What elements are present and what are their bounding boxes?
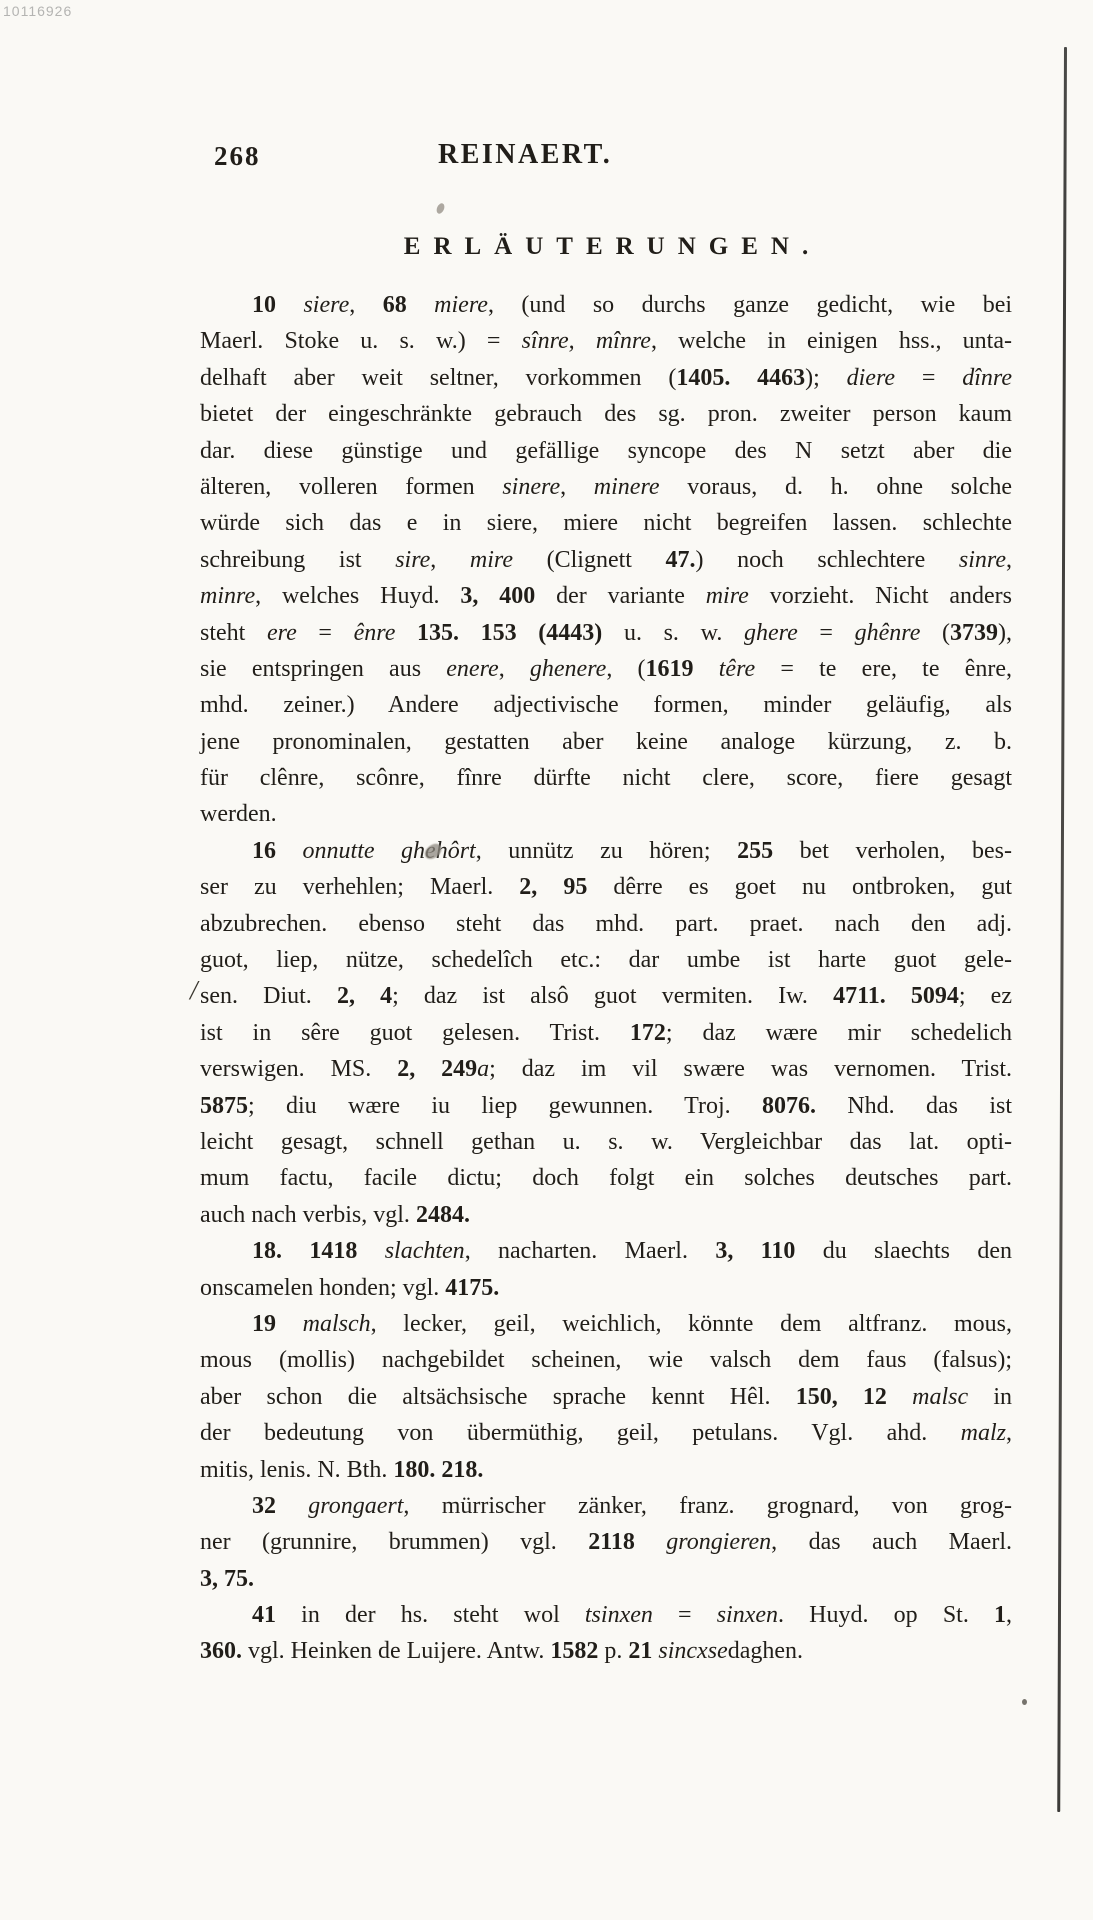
- text-run: ser zu verhehlen; Maerl.: [200, 874, 519, 900]
- reference-number: 135. 153 (4443): [417, 620, 602, 646]
- text-run: , nacharten. Maerl.: [465, 1238, 716, 1264]
- reference-number: 2, 95: [519, 874, 587, 900]
- text-line: verswigen. MS. 2, 249a; daz im vil swære…: [200, 1051, 1012, 1087]
- text-run: (Clignett: [513, 547, 666, 573]
- cited-word: malz: [961, 1420, 1006, 1446]
- cited-word: sînre, mînre: [522, 328, 651, 354]
- reference-number: 3, 75.: [200, 1566, 254, 1592]
- text-run: onscamelen honden; vgl.: [200, 1275, 445, 1301]
- text-line: schreibung ist sire, mire (Clignett 47.)…: [200, 542, 1012, 578]
- text-run: daghen.: [728, 1638, 803, 1664]
- reference-number: 2484.: [416, 1202, 470, 1228]
- text-run: , mürrischer zänker, franz. grognard, vo…: [403, 1493, 1012, 1519]
- reference-number: 2, 4: [337, 983, 392, 1009]
- text-run: mum factu, facile dictu; doch folgt ein …: [200, 1165, 1012, 1191]
- text-run: , das auch Maerl.: [771, 1529, 1012, 1555]
- reference-number: 150, 12: [796, 1384, 912, 1410]
- reference-number: 16: [252, 838, 303, 864]
- margin-mark: /: [190, 975, 198, 1006]
- text-run: [694, 656, 719, 682]
- reference-number: 4711. 5094: [833, 983, 959, 1009]
- reference-number: 47.: [666, 547, 696, 573]
- text-run: ),: [998, 620, 1012, 646]
- cited-word: ghenere: [530, 656, 606, 682]
- reference-number: 255: [737, 838, 773, 864]
- text-run: bet verholen, bes-: [773, 838, 1012, 864]
- reference-number: 172: [630, 1020, 666, 1046]
- cited-word: ghênre: [855, 620, 921, 646]
- text-line: ser zu verhehlen; Maerl. 2, 95 dêrre es …: [200, 869, 1012, 905]
- text-run: =: [798, 620, 855, 646]
- text-run: abzubrechen. ebenso steht das mhd. part.…: [200, 911, 1012, 937]
- text-run: (: [920, 620, 950, 646]
- text-run: in: [968, 1384, 1012, 1410]
- cited-word: mire: [470, 547, 513, 573]
- page-number: 268: [214, 141, 261, 172]
- text-line: 18. 1418 slachten, nacharten. Maerl. 3, …: [200, 1233, 1012, 1269]
- text-run: dêrre es goet nu ontbroken, gut: [587, 874, 1012, 900]
- reference-number: 3, 110: [715, 1238, 795, 1264]
- text-run: ; daz ist alsô guot vermiten. Iw.: [392, 983, 833, 1009]
- reference-number: 5875: [200, 1093, 248, 1119]
- text-line: mum factu, facile dictu; doch folgt ein …: [200, 1160, 1012, 1196]
- cited-word: grongieren: [666, 1529, 771, 1555]
- text-line: 19 malsch, lecker, geil, weichlich, könn…: [200, 1306, 1012, 1342]
- cited-word: miere: [434, 292, 488, 318]
- text-run: steht: [200, 620, 267, 646]
- cited-word: siere: [303, 292, 349, 318]
- cited-word: malsch: [303, 1311, 371, 1337]
- text-run: vorzieht. Nicht anders: [749, 583, 1012, 609]
- text-run: , lecker, geil, weichlich, könnte dem al…: [371, 1311, 1012, 1337]
- text-run: der variante: [535, 583, 706, 609]
- text-line: 3, 75.: [200, 1561, 1012, 1597]
- text-run: , (: [606, 656, 645, 682]
- text-run: ; ez: [959, 983, 1012, 1009]
- cited-word: têre: [719, 656, 755, 682]
- text-run: = te ere, te ênre,: [755, 656, 1012, 682]
- paragraph: 19 malsch, lecker, geil, weichlich, könn…: [200, 1306, 1012, 1488]
- text-line: delhaft aber weit seltner, vorkommen (14…: [200, 360, 1012, 396]
- text-line: würde sich das e in siere, miere nicht b…: [200, 505, 1012, 541]
- text-line: bietet der eingeschränkte gebrauch des s…: [200, 396, 1012, 432]
- text-run: dar. diese günstige und gefällige syncop…: [200, 438, 1012, 464]
- text-run: Maerl. Stoke u. s. w.) =: [200, 328, 522, 354]
- reference-number: 68: [383, 292, 434, 318]
- cited-word: a: [477, 1056, 489, 1082]
- paragraph: 10 siere, 68 miere, (und so durchs ganze…: [200, 287, 1012, 833]
- reference-number: 3739: [950, 620, 998, 646]
- text-run: ) noch schlechtere: [696, 547, 959, 573]
- paragraph: 41 in der hs. steht wol tsinxen = sinxen…: [200, 1597, 1012, 1670]
- text-run: =: [895, 365, 962, 391]
- reference-number: 19: [252, 1311, 303, 1337]
- text-line: 16 onnutte ghehôrt, unnütz zu hören; 255…: [200, 833, 1012, 869]
- text-line: 32 grongaert, mürrischer zänker, franz. …: [200, 1488, 1012, 1524]
- reference-number: 32: [252, 1493, 308, 1519]
- text-run: verswigen. MS.: [200, 1056, 397, 1082]
- text-line: dar. diese günstige und gefällige syncop…: [200, 433, 1012, 469]
- text-run: Nhd. das ist: [816, 1093, 1012, 1119]
- section-heading: ERLÄUTERUNGEN.: [200, 233, 1012, 261]
- text-line: 360. vgl. Heinken de Luijere. Antw. 1582…: [200, 1633, 1012, 1669]
- cited-word: sinxen: [717, 1602, 778, 1628]
- text-run: , unnütz zu hören;: [476, 838, 737, 864]
- text-run: delhaft aber weit seltner, vorkommen (: [200, 365, 676, 391]
- text-run: ; daz wære mir schedelich: [666, 1020, 1012, 1046]
- text-line: aber schon die altsächsische sprache ken…: [200, 1379, 1012, 1415]
- text-run: ,: [430, 547, 470, 573]
- scan-watermark: 10116926: [3, 3, 72, 19]
- cited-word: ghere: [744, 620, 798, 646]
- cited-word: onnutte ghehôrt: [303, 838, 476, 864]
- cited-word: grongaert: [308, 1493, 403, 1519]
- text-run: ist in sêre guot gelesen. Trist.: [200, 1020, 630, 1046]
- text-run: voraus, d. h. ohne solche: [660, 474, 1012, 500]
- text-line: mitis, lenis. N. Bth. 180. 218.: [200, 1452, 1012, 1488]
- text-line: der bedeutung von übermüthig, geil, petu…: [200, 1415, 1012, 1451]
- cited-word: enere: [446, 656, 498, 682]
- paragraph: 18. 1418 slachten, nacharten. Maerl. 3, …: [200, 1233, 1012, 1306]
- text-run: u. s. w.: [602, 620, 744, 646]
- text-run: mous (mollis) nachgebildet scheinen, wie…: [200, 1347, 1012, 1373]
- cited-word: ere: [267, 620, 297, 646]
- text-run: leicht gesagt, schnell gethan u. s. w. V…: [200, 1129, 1012, 1155]
- cited-word: sinere: [502, 474, 560, 500]
- text-run: würde sich das e in siere, miere nicht b…: [200, 510, 1012, 536]
- cited-word: sincxse: [658, 1638, 727, 1664]
- reference-number: 180. 218.: [393, 1457, 483, 1483]
- text-run: für clênre, scônre, fînre dürfte nicht c…: [200, 765, 1012, 791]
- cited-word: minre: [200, 583, 255, 609]
- cited-word: sinre: [959, 547, 1006, 573]
- text-line: steht ere = ênre 135. 153 (4443) u. s. w…: [200, 615, 1012, 651]
- text-line: abzubrechen. ebenso steht das mhd. part.…: [200, 906, 1012, 942]
- page-edge-line: [1057, 47, 1067, 1812]
- cited-word: diere: [847, 365, 895, 391]
- text-run: ,: [1006, 1420, 1012, 1446]
- page-header: 268 REINAERT.: [200, 139, 1012, 177]
- reference-number: 41: [252, 1602, 276, 1628]
- text-run: werden.: [200, 801, 277, 827]
- cited-word: minere: [594, 474, 660, 500]
- text-line: auch nach verbis, vgl. 2484.: [200, 1197, 1012, 1233]
- text-run: bietet der eingeschränkte gebrauch des s…: [200, 401, 1012, 427]
- reference-number: 1619: [646, 656, 694, 682]
- text-run: ; daz im vil swære was vernomen. Trist.: [489, 1056, 1012, 1082]
- text-run: mitis, lenis. N. Bth.: [200, 1457, 393, 1483]
- text-run: mhd. zeiner.) Andere adjectivische forme…: [200, 692, 1012, 718]
- text-line: sie entspringen aus enere, ghenere, (161…: [200, 651, 1012, 687]
- text-run: aber schon die altsächsische sprache ken…: [200, 1384, 796, 1410]
- cited-word: dînre: [962, 365, 1012, 391]
- text-run: in der hs. steht wol: [276, 1602, 585, 1628]
- text-run: . Huyd. op St.: [778, 1602, 994, 1628]
- text-run: der bedeutung von übermüthig, geil, petu…: [200, 1420, 961, 1446]
- text-run: sie entspringen aus: [200, 656, 446, 682]
- text-line: älteren, volleren formen sinere, minere …: [200, 469, 1012, 505]
- text-line: leicht gesagt, schnell gethan u. s. w. V…: [200, 1124, 1012, 1160]
- scanned-book-page: 10116926 268 REINAERT. ERLÄUTERUNGEN. 10…: [0, 0, 1093, 1920]
- reference-number: 4175.: [445, 1275, 499, 1301]
- text-run: vgl. Heinken de Luijere. Antw.: [242, 1638, 550, 1664]
- cited-word: ênre: [354, 620, 396, 646]
- cited-word: tsinxen: [585, 1602, 653, 1628]
- reference-number: 2, 249: [397, 1056, 477, 1082]
- text-run: ,: [349, 292, 382, 318]
- text-run: , welches Huyd.: [255, 583, 460, 609]
- text-run: ner (grunnire, brummen) vgl.: [200, 1529, 588, 1555]
- paragraph: 16 onnutte ghehôrt, unnütz zu hören; 255…: [200, 833, 1012, 1233]
- cited-word: sire: [395, 547, 430, 573]
- reference-number: 3, 400: [460, 583, 535, 609]
- text-run: , (und so durchs ganze gedicht, wie bei: [488, 292, 1012, 318]
- text-run: [395, 620, 417, 646]
- text-run: ,: [1006, 1602, 1012, 1628]
- text-line: für clênre, scônre, fînre dürfte nicht c…: [200, 760, 1012, 796]
- text-run: ,: [1006, 547, 1012, 573]
- text-line: 41 in der hs. steht wol tsinxen = sinxen…: [200, 1597, 1012, 1633]
- text-run: du slaechts den: [795, 1238, 1012, 1264]
- text-line: onscamelen honden; vgl. 4175.: [200, 1270, 1012, 1306]
- ink-speck: [435, 202, 446, 215]
- text-run: =: [653, 1602, 717, 1628]
- text-run: , welche in einigen hss., unta-: [651, 328, 1012, 354]
- text-line: mous (mollis) nachgebildet scheinen, wie…: [200, 1342, 1012, 1378]
- reference-number: 1405. 4463: [676, 365, 805, 391]
- text-run: ; diu wære iu liep gewunnen. Troj.: [248, 1093, 762, 1119]
- text-line: werden.: [200, 796, 1012, 832]
- cited-word: slachten: [385, 1238, 465, 1264]
- reference-number: 2118: [588, 1529, 666, 1555]
- text-line: ist in sêre guot gelesen. Trist. 172; da…: [200, 1015, 1012, 1051]
- cited-word: mire: [706, 583, 749, 609]
- text-run: guot, liep, nütze, schedelîch etc.: dar …: [200, 947, 1012, 973]
- text-run: =: [297, 620, 354, 646]
- running-title: REINAERT.: [438, 139, 612, 171]
- reference-number: 1: [994, 1602, 1006, 1628]
- text-line: guot, liep, nütze, schedelîch etc.: dar …: [200, 942, 1012, 978]
- text-line: jene pronominalen, gestatten aber keine …: [200, 724, 1012, 760]
- text-run: auch nach verbis, vgl.: [200, 1202, 416, 1228]
- text-line: Maerl. Stoke u. s. w.) = sînre, mînre, w…: [200, 323, 1012, 359]
- reference-number: 8076.: [762, 1093, 816, 1119]
- text-run: schreibung ist: [200, 547, 395, 573]
- text-line: 10 siere, 68 miere, (und so durchs ganze…: [200, 287, 1012, 323]
- text-run: jene pronominalen, gestatten aber keine …: [200, 729, 1012, 755]
- text-run: sen. Diut.: [200, 983, 337, 1009]
- text-line: sen. Diut. 2, 4; daz ist alsô guot vermi…: [200, 978, 1012, 1014]
- text-line: 5875; diu wære iu liep gewunnen. Troj. 8…: [200, 1088, 1012, 1124]
- text-run: älteren, volleren formen: [200, 474, 502, 500]
- text-run: ,: [499, 656, 530, 682]
- cited-word: malsc: [912, 1384, 968, 1410]
- annotations-body: 10 siere, 68 miere, (und so durchs ganze…: [200, 287, 1012, 1670]
- reference-number: 21: [628, 1638, 658, 1664]
- ink-dot: [1022, 1699, 1027, 1705]
- reference-number: 10: [252, 292, 303, 318]
- reference-number: 1582: [550, 1638, 598, 1664]
- text-line: minre, welches Huyd. 3, 400 der variante…: [200, 578, 1012, 614]
- paragraph: 32 grongaert, mürrischer zänker, franz. …: [200, 1488, 1012, 1597]
- reference-number: 360.: [200, 1638, 242, 1664]
- text-line: ner (grunnire, brummen) vgl. 2118 grongi…: [200, 1524, 1012, 1560]
- text-run: ,: [560, 474, 594, 500]
- text-run: p.: [598, 1638, 628, 1664]
- text-run: );: [805, 365, 846, 391]
- text-line: mhd. zeiner.) Andere adjectivische forme…: [200, 687, 1012, 723]
- reference-number: 18. 1418: [252, 1238, 385, 1264]
